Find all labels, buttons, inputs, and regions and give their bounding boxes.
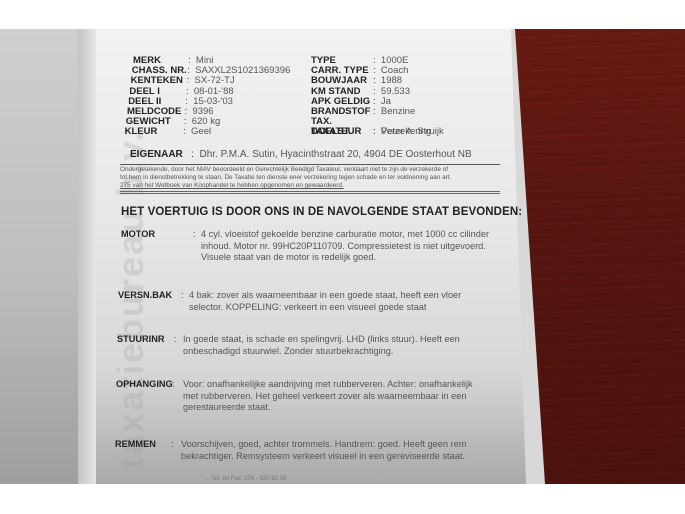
section-text: 4 cyl. vloeistof gekoelde benzine carbur… xyxy=(201,229,501,264)
section-text: Voor: onafhankelijke aandrijving met rub… xyxy=(183,379,483,414)
field-value: Benzine xyxy=(381,106,415,117)
divider xyxy=(120,191,500,192)
field-row: KLEUR: Geel xyxy=(125,127,212,137)
valuation-report: MERK: MiniCHASS. NR.: SAXXL2S1021369396K… xyxy=(0,29,685,484)
declaration: Ondergetekende, door het NIAV beoordeeld… xyxy=(120,164,500,190)
field-label: TAXATEUR xyxy=(311,127,373,137)
section-text-line: Visuele staat van de motor is redelijk g… xyxy=(201,252,501,264)
field-value: Peter A. Struijk xyxy=(381,126,444,137)
section-label: VERSN.BAK xyxy=(118,290,172,302)
declaration-line: 275 van het Wetboek van Koophandel te he… xyxy=(120,182,500,190)
declaration-line: tot hem in dienstbetrekking te staan. De… xyxy=(120,174,500,182)
footer-contact: ... Tel. en Fax: 076 - 520 62 08 xyxy=(205,476,286,482)
section-text: 4 bak: zover als waarneembaar in een goe… xyxy=(189,290,489,313)
separator: : xyxy=(186,149,197,160)
section-label: OPHANGING xyxy=(116,379,173,391)
section-text-line: gerestaureerde staat. xyxy=(183,402,483,414)
section-text-line: 4 bak: zover als waarneembaar in een goe… xyxy=(189,290,489,302)
divider xyxy=(120,193,500,194)
owner-value: Dhr. P.M.A. Sutin, Hyacinthstraat 20, 49… xyxy=(199,149,471,160)
declaration-line: Ondergetekende, door het NIAV beoordeeld… xyxy=(120,166,500,174)
section-text-line: met rubberveren. Het geheel verkeert zov… xyxy=(183,391,483,403)
section-label: MOTOR xyxy=(121,229,155,241)
separator: : xyxy=(172,379,175,391)
separator: : xyxy=(171,439,174,451)
separator: : xyxy=(193,229,196,241)
separator: : xyxy=(373,76,381,86)
field-value: Geel xyxy=(191,126,211,137)
section-text-line: inhoud. Motor nr. 99HC20P110709. Compres… xyxy=(201,241,501,253)
field-row: TAXATEUR: Peter A. Struijk xyxy=(311,127,444,137)
document-photo: taxatiebureau b.v. MERK: MiniCHASS. NR.:… xyxy=(0,29,685,484)
section-heading: HET VOERTUIG IS DOOR ONS IN DE NAVOLGEND… xyxy=(121,206,522,218)
owner-label: EIGENAAR xyxy=(130,149,183,160)
separator: : xyxy=(373,127,381,137)
section-text-line: Voor: onafhankelijke aandrijving met rub… xyxy=(183,379,483,391)
section-text-line: In goede staat, is schade en spelingvrij… xyxy=(183,334,483,346)
separator: : xyxy=(373,107,381,117)
section-text-line: Voorschijven, goed, achter trommels. Han… xyxy=(181,439,481,451)
section-text: In goede staat, is schade en spelingvrij… xyxy=(183,334,483,357)
section-text-line: 4 cyl. vloeistof gekoelde benzine carbur… xyxy=(201,229,501,241)
separator: : xyxy=(181,290,184,302)
separator: : xyxy=(183,127,191,137)
section-text-line: selector. KOPPELING: verkeert in een vis… xyxy=(189,302,489,314)
section-label: STUURINR xyxy=(117,334,164,346)
section-text-line: bekrachtiger. Remsysteem verkeert visuee… xyxy=(181,451,481,463)
field-label: BOUWJAAR xyxy=(311,76,373,86)
separator: : xyxy=(174,334,177,346)
section-text: Voorschijven, goed, achter trommels. Han… xyxy=(181,439,481,462)
field-label: KENTEKEN xyxy=(131,76,187,86)
section-text-line: onbeschadigd stuurwiel. Zonder stuurbekr… xyxy=(183,346,483,358)
section-label: REMMEN xyxy=(115,439,156,451)
owner-row: EIGENAAR : Dhr. P.M.A. Sutin, Hyacinthst… xyxy=(130,149,472,160)
field-label: KLEUR xyxy=(125,127,184,137)
